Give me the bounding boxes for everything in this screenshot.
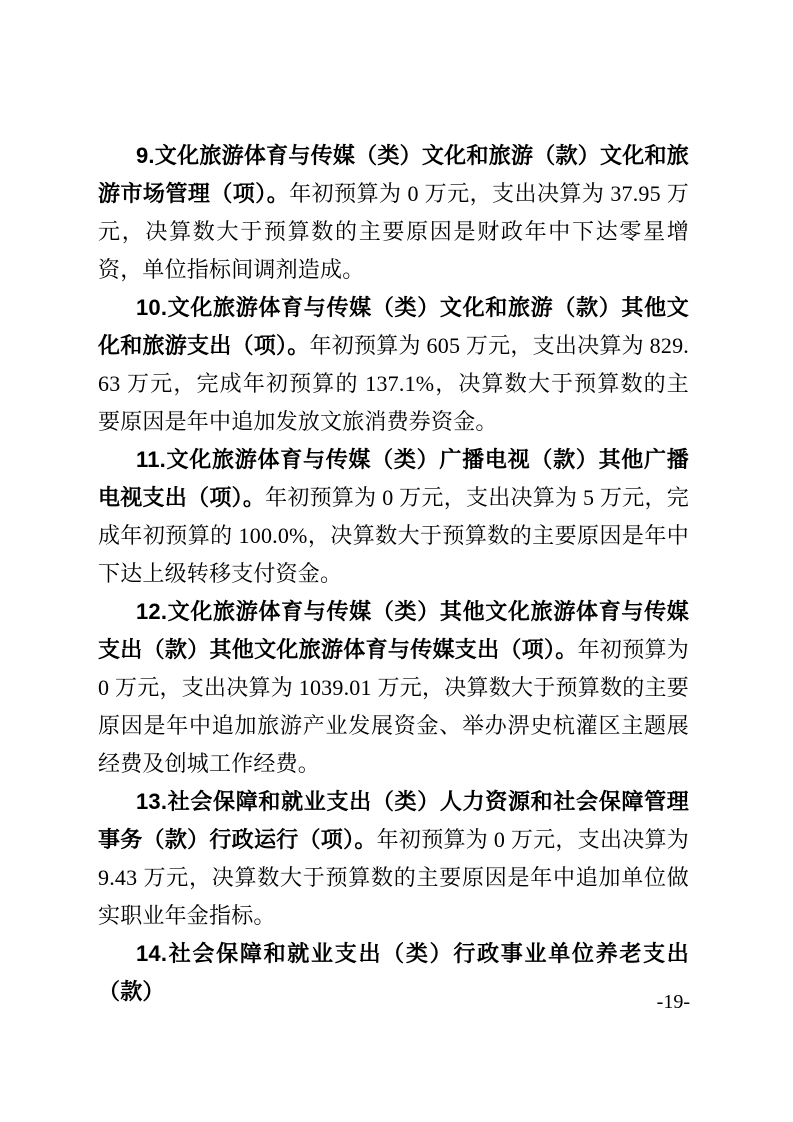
document-content: 9.文化旅游体育与传媒（类）文化和旅游（款）文化和旅游市场管理（项）。年初预算为… (98, 137, 689, 1011)
document-page: 9.文化旅游体育与传媒（类）文化和旅游（款）文化和旅游市场管理（项）。年初预算为… (0, 0, 793, 1122)
paragraph-item-12: 12.文化旅游体育与传媒（类）其他文化旅游体育与传媒支出（款）其他文化旅游体育与… (98, 593, 689, 783)
paragraph-item-14: 14.社会保障和就业支出（类）行政事业单位养老支出（款） (98, 935, 689, 1011)
item-14-heading: 14.社会保障和就业支出（类）行政事业单位养老支出（款） (98, 941, 689, 1004)
paragraph-item-11: 11.文化旅游体育与传媒（类）广播电视（款）其他广播电视支出（项）。年初预算为 … (98, 441, 689, 593)
paragraph-item-10: 10.文化旅游体育与传媒（类）文化和旅游（款）其他文化和旅游支出（项）。年初预算… (98, 289, 689, 441)
paragraph-item-13: 13.社会保障和就业支出（类）人力资源和社会保障管理事务（款）行政运行（项）。年… (98, 783, 689, 935)
paragraph-item-9: 9.文化旅游体育与传媒（类）文化和旅游（款）文化和旅游市场管理（项）。年初预算为… (98, 137, 689, 289)
page-footer: -19- (657, 990, 690, 1014)
page-number: -19- (657, 991, 690, 1013)
